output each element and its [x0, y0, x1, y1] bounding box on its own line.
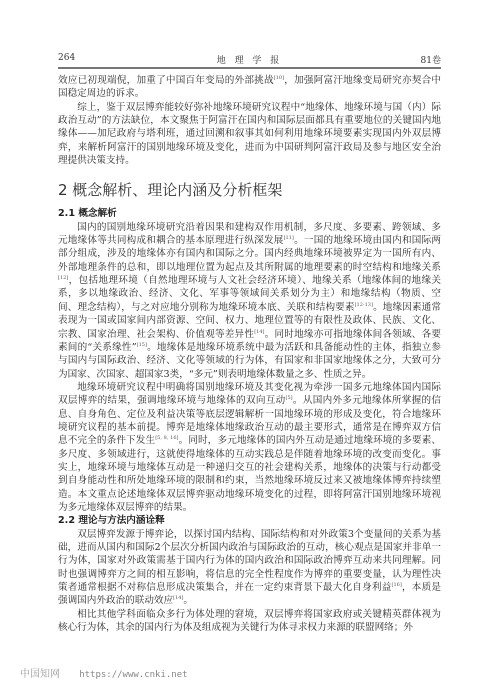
- paragraph-summary: 综上，鉴于双层博弈能较好弥补地缘环境研究议程中“地缘体、地缘环境与国（内）际政治…: [58, 101, 441, 168]
- citation: [14]: [254, 329, 264, 335]
- running-header: 264 地 理 学 报 81卷: [58, 53, 441, 67]
- paragraph: 相比其他学科面临众多行为体处理的窘境，双层博弈将国家政府或关键精英群体视为核心行…: [58, 608, 441, 635]
- paragraph: 双层博弈发源于博弈论，以探讨国内结构、国际结构和对外政策3个变量间的关系为基础，…: [58, 528, 441, 608]
- site-url: https://www.cnki.net: [79, 670, 187, 680]
- volume-label: 81卷: [421, 53, 441, 66]
- paragraph: 地缘环境研究议程中明确将国别地缘环境及其变化视为牵涉一国多元地缘体国内国际双层博…: [58, 381, 441, 514]
- cnki-watermark: 中国知网 https://www.cnki.net: [20, 665, 188, 680]
- citation: [14]: [173, 595, 183, 601]
- subsection-heading: 2.2 理论与方法内涵诠释: [58, 514, 441, 527]
- journal-title: 地 理 学 报: [58, 53, 441, 66]
- citation: [16]: [392, 582, 402, 588]
- citation: [12-13]: [355, 302, 373, 308]
- citation: [15]: [137, 342, 147, 348]
- article-body: 效应已初现端倪，加重了中国百年变局的外部挑战[10]，加强阿富汗地缘变局研究亦契…: [58, 74, 441, 634]
- citation: [10]: [274, 75, 284, 81]
- citation: [12]: [58, 275, 68, 281]
- citation: [5, 8, 16]: [155, 435, 178, 441]
- header-rule: [58, 67, 441, 69]
- site-name: 中国知网: [20, 669, 60, 680]
- citation: [11]: [284, 235, 294, 241]
- paragraph: 国内的国别地缘环境研究沿着因果和建构双作用机制，多尺度、多要素、跨领域、多元地缘…: [58, 221, 441, 381]
- paragraph-continuation: 效应已初现端倪，加重了中国百年变局的外部挑战[10]，加强阿富汗地缘变局研究亦契…: [58, 74, 441, 101]
- subsection-heading: 2.1 概念解析: [58, 207, 441, 220]
- citation: [5]: [286, 395, 293, 401]
- section-heading: 2 概念解析、理论内涵及分析框架: [58, 181, 441, 199]
